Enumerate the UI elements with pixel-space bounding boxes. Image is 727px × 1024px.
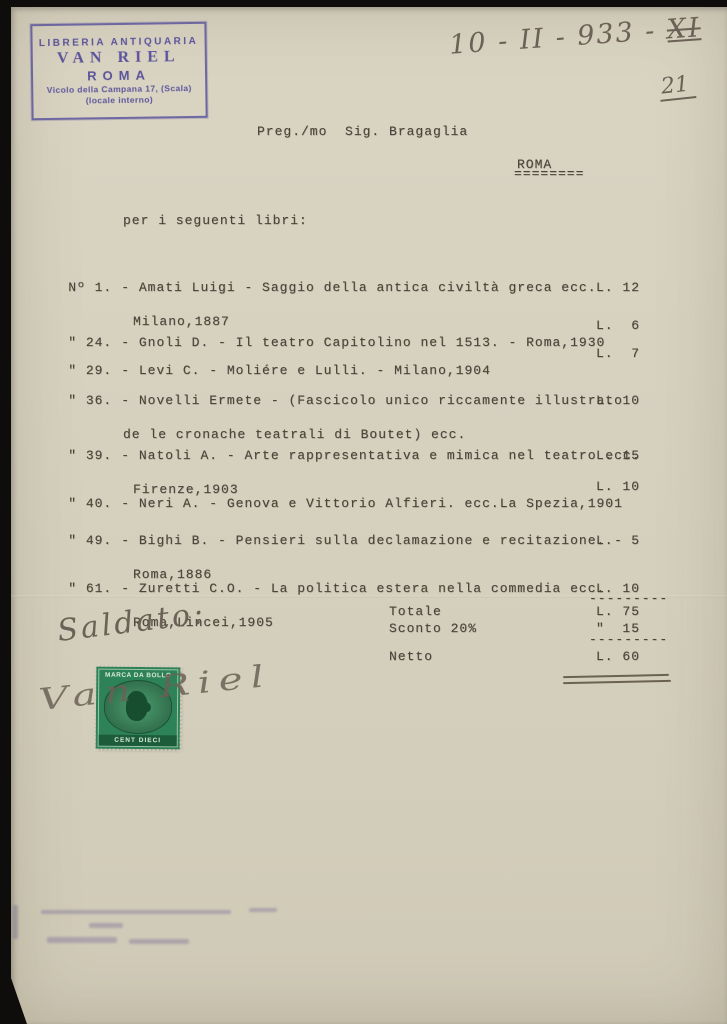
paper-corner-shadow: [11, 978, 27, 1024]
item-number: " 49.: [68, 533, 112, 548]
item-text: - Bighi B. - Pensieri sulla declamazione…: [121, 533, 623, 548]
item-text: - Neri A. - Genova e Vittorio Alfieri. e…: [121, 496, 623, 511]
item-text: - Novelli Ermete - (Fascicolo unico ricc…: [121, 393, 623, 408]
item-price: L. 10: [596, 392, 640, 409]
item-number: " 39.: [68, 448, 112, 463]
netto-label: Netto: [389, 648, 433, 665]
dealer-stamp-name: VAN RIEL: [33, 48, 205, 68]
netto-separator-dash: ---------: [589, 631, 668, 648]
paper-sheet: LIBRERIA ANTIQUARIA VAN RIEL ROMA Vicolo…: [11, 7, 727, 1024]
sconto-label: Sconto 20%: [389, 620, 477, 637]
revenue-stamp-value: CENT DIECI: [99, 735, 177, 747]
item-text: - Natoli A. - Arte rappresentativa e mim…: [121, 448, 640, 463]
item-price: L. 15: [596, 447, 640, 464]
recipient-city-underline: ========: [514, 165, 584, 182]
handwritten-sheet-number: 21: [658, 71, 696, 100]
dealer-rubber-stamp: LIBRERIA ANTIQUARIA VAN RIEL ROMA Vicolo…: [30, 22, 207, 120]
item-price: L. 5: [596, 532, 640, 549]
item-number: Nº 1.: [68, 280, 112, 295]
scanned-invoice-page: { "dealer_stamp": { "line1": "LIBRERIA A…: [0, 0, 727, 1024]
dealer-stamp-note: (locale interno): [33, 94, 205, 106]
item-price: L. 12: [596, 279, 640, 296]
recipient-line: Preg./mo Sig. Bragaglia: [257, 123, 468, 140]
totale-value: L. 75: [596, 603, 640, 620]
item-number: " 61.: [68, 581, 112, 596]
totale-label: Totale: [389, 603, 442, 620]
item-number: " 40.: [68, 496, 112, 511]
item-price: L. 10: [596, 478, 640, 495]
intro-line: per i seguenti libri:: [123, 212, 308, 229]
handwritten-date: 10 - II - 933 - XI: [448, 12, 702, 61]
date-main: 10 - II - 933 -: [448, 15, 668, 61]
date-era-numeral: XI: [666, 12, 702, 45]
item-price: L. 6: [596, 317, 640, 334]
item-price: L. 7: [596, 345, 640, 362]
item-text: - Amati Luigi - Saggio della antica civi…: [121, 280, 596, 295]
item-text: - Zuretti C.O. - La politica estera nell…: [121, 581, 605, 596]
paper-crease: [11, 595, 727, 598]
item-number: " 36.: [68, 393, 112, 408]
dealer-stamp-city: ROMA: [33, 67, 205, 84]
netto-value: L. 60: [596, 648, 640, 665]
